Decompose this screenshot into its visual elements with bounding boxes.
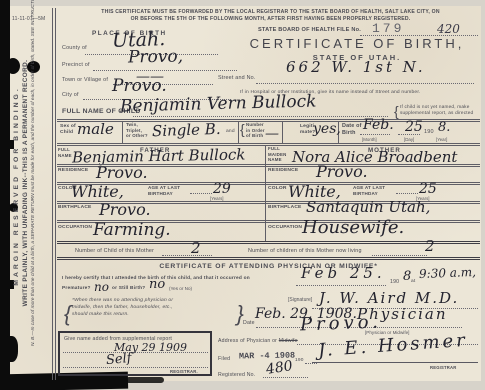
plurality-value: Single B. [152,122,221,139]
supplemental-by-value: Self [105,352,132,367]
dotted-line [162,255,212,256]
occurred-time-value: 9:30 a.m, [419,266,476,280]
scan-artifact [3,336,18,362]
column-divider [238,121,239,144]
margin-ink-note: WRITE PLAINLY, WITH UNFADING INK--THIS I… [22,22,29,344]
dob-year-prefix: 190 [424,129,434,136]
street-label: Street and No. [218,75,256,82]
signature-caption: [Signature] [288,297,312,303]
city-label: City of [62,92,79,99]
father-birthplace-label: BIRTHPLACE [58,205,92,211]
dotted-line [296,285,386,286]
physician-section-title: CERTIFICATE OF ATTENDING PHYSICIAN OR MI… [57,263,480,271]
dotted-line [360,134,390,135]
rule [57,257,480,260]
premature-label: Premature? [62,286,91,292]
mother-occupation-label: OCCUPATION [268,225,302,231]
margin-binding-note: MARGIN RESERVED FOR BINDING. [13,37,20,335]
file-number-written: 420 [437,23,460,35]
father-age-value: 29 [213,182,231,196]
margin-rule [55,8,56,380]
father-name-label: FULL NAME [58,147,72,158]
dotted-line [372,255,427,256]
stillbirth-value: no [149,278,165,291]
margin-rule [52,8,53,380]
dotted-line [396,193,418,194]
parents-divider [265,146,266,242]
file-number-stamped: 179 [372,21,404,36]
at-label: at [411,279,415,285]
sex-label: Sex of Child [60,124,76,136]
dotted-line [93,70,237,71]
margin-nb-note: N. B.—In case of more than one child at … [31,22,37,346]
mother-age-value: 25 [419,182,437,196]
mother-color-label: COLOR [268,186,287,192]
sex-value: male [77,122,114,137]
dotted-line [256,83,474,84]
father-residence-label: RESIDENCE [58,168,88,174]
forwarding-notice-line2: OR BEFORE THE 5TH OF THE FOLLOWING MONTH… [68,16,473,22]
dotted-line [133,116,388,117]
registrar-caption-left: REGISTRAR. [170,369,198,374]
print-code: 11-11-07—5M [12,16,45,22]
premature-value: no [94,281,109,293]
attend-date-label: Date [243,320,255,327]
father-age-label: AGE AT LAST BIRTHDAY [148,185,180,196]
father-residence-value: Provo. [96,165,148,181]
day-caption: [Day] [404,137,414,142]
address-label-struck: Midwife [279,338,298,344]
scanned-birth-certificate: MARGIN RESERVED FOR BINDING. WRITE PLAIN… [0,0,485,390]
registered-number-label: Registered No. [218,372,255,379]
filed-label: Filed [218,356,230,363]
dob-day-value: 25 [405,120,423,134]
precinct-value: Provo, [128,49,183,67]
dob-year-value: 8. [438,121,450,134]
forwarding-notice-line1: THIS CERTIFICATE MUST BE FORWARDED BY TH… [68,9,473,15]
year-caption: [Year] [436,137,447,142]
scan-artifact [126,377,164,383]
column-divider [122,121,123,144]
occurred-date-value: Feb 25. [301,266,386,281]
county-label: County of [62,45,87,52]
mother-age-label: AGE AT LAST BIRTHDAY [353,185,385,196]
mother-birthplace-label: BIRTHPLACE [268,205,302,211]
child-number-value: 2 [191,241,201,256]
rule [57,241,480,244]
father-birthplace-value: Provo. [99,202,151,218]
birth-order-label: Number in Order of Birth [246,122,265,139]
stillbirth-label: or Still Birth? [112,286,145,292]
dob-month-value: Feb. [363,118,394,132]
mother-occupation-value: Housewife. [302,219,404,237]
file-number-label: STATE BOARD OF HEALTH FILE No. [258,27,361,34]
registered-number-value: 480 [265,359,294,377]
mother-birthplace-value: Santaquin Utah, [306,200,430,215]
city-value: Provo. [112,78,167,95]
town-label: Town or Village of [62,77,108,84]
physician-signature-value: J. W. Aird M.D. [319,291,459,306]
occurred-year-prefix: 190 [390,279,399,286]
yes-no-caption: (Yes or No) [169,286,192,291]
certificate-title: CERTIFICATE OF BIRTH, [233,36,481,51]
birth-order-value: — [265,127,279,141]
and-label: and [226,129,235,135]
children-living-label: Number of children of this Mother now li… [248,248,362,255]
no-attendant-note: *When there was no attending physician o… [72,297,236,318]
father-occupation-value: Farming. [93,222,171,239]
address-label: Address of Physician or Midwife [218,338,298,345]
mother-residence-value: Provo. [316,164,368,180]
column-divider [282,121,283,144]
mother-name-label: FULL MAIDEN NAME [268,146,287,163]
dotted-line [63,367,208,368]
dob-label: Date of Birth [342,123,362,137]
father-occupation-label: OCCUPATION [58,225,92,231]
street-value: 662 W. 1st N. [286,60,426,75]
father-color-value: White, [71,184,124,200]
dotted-line [190,193,212,194]
precinct-label: Precinct of [62,62,90,69]
legitimate-value: yes, [313,122,341,136]
mother-residence-label: RESIDENCE [268,168,298,174]
children-living-value: 2 [425,239,435,254]
address-value: Provo. [300,314,383,335]
month-caption: [Month] [362,137,377,142]
child-number-label: Number of Child of this Mother [75,248,154,255]
plurality-label: Twin, Triplet, or Other? [126,122,148,139]
signature-line [312,362,478,363]
address-label-prefix: Address of Physician or [218,338,279,344]
filed-year-prefix: 190 [295,358,304,364]
registrar-caption-right: REGISTRAR [430,365,456,370]
dotted-line [305,363,317,364]
child-name-note: If child is not yet named, make suppleme… [400,104,473,116]
